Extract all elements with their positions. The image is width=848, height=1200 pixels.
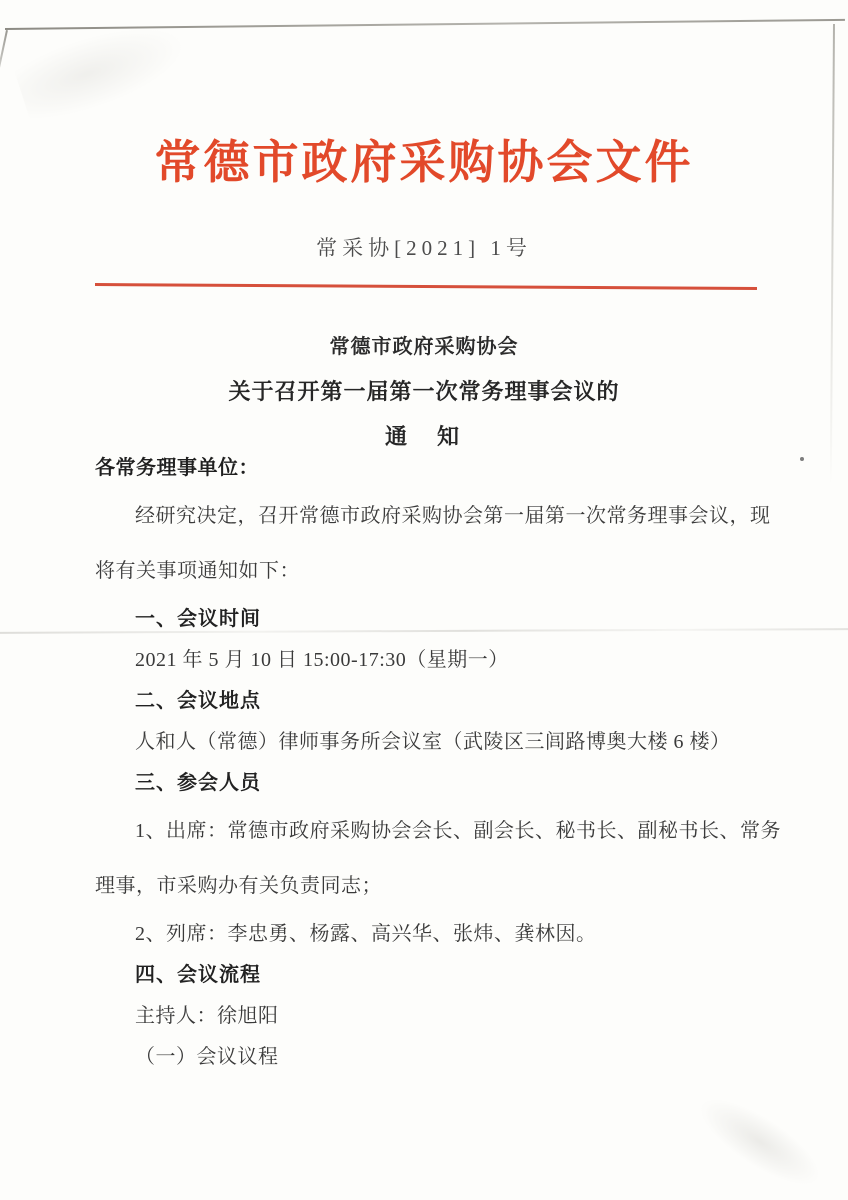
document-number: 常采协[2021] 1号 <box>0 234 848 262</box>
document-body: 各常务理事单位： 经研究决定，召开常德市政府采购协会第一届第一次常务理事会议，现… <box>95 448 757 1078</box>
attendees-line-3: 2、列席：李忠勇、杨露、高兴华、张炜、龚林因。 <box>95 914 757 955</box>
agenda-line: （一）会议议程 <box>95 1037 757 1078</box>
scan-smudge <box>688 1084 832 1200</box>
red-separator-rule <box>95 283 757 290</box>
scanned-document-page: 常德市政府采购协会文件 常采协[2021] 1号 常德市政府采购协会 关于召开第… <box>0 0 848 1200</box>
meeting-location-line: 人和人（常德）律师事务所会议室（武陵区三闾路博奥大楼 6 楼） <box>95 722 757 763</box>
org-name-line: 常德市政府采购协会 <box>0 334 848 360</box>
paper-left-edge <box>0 30 8 101</box>
ink-speck <box>800 457 804 461</box>
notice-title: 通 知 <box>0 423 848 451</box>
subject-line: 关于召开第一届第一次常务理事会议的 <box>0 378 848 406</box>
section-heading-meeting-time: 一、会议时间 <box>95 599 757 640</box>
meeting-time-line: 2021 年 5 月 10 日 15:00-17:30（星期一） <box>95 640 757 681</box>
intro-line-2: 将有关事项通知如下： <box>95 544 757 599</box>
section-heading-meeting-process: 四、会议流程 <box>95 955 757 996</box>
salutation-line: 各常务理事单位： <box>95 448 757 489</box>
section-heading-meeting-location: 二、会议地点 <box>95 681 757 722</box>
section-heading-attendees: 三、参会人员 <box>95 763 757 804</box>
host-line: 主持人：徐旭阳 <box>95 996 757 1037</box>
letterhead-title: 常德市政府采购协会文件 <box>0 134 848 190</box>
attendees-line-1: 1、出席：常德市政府采购协会会长、副会长、秘书长、副秘书长、常务 <box>95 804 757 859</box>
attendees-line-2: 理事，市采购办有关负责同志； <box>95 859 757 914</box>
intro-line-1: 经研究决定，召开常德市政府采购协会第一届第一次常务理事会议，现 <box>95 489 757 544</box>
